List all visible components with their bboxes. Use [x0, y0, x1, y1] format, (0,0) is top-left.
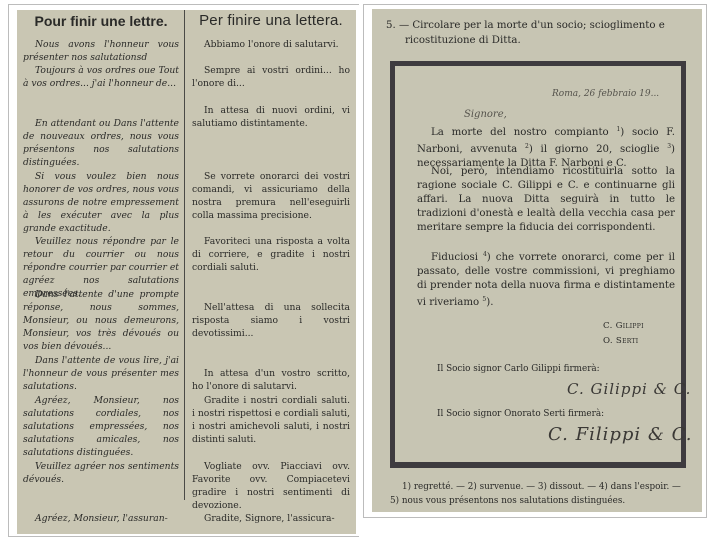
- french-paragraph: Dans l'attente de vous lire, j'ai l'honn…: [23, 354, 179, 393]
- italian-column: Per finire una lettera. Abbiamo l'onore …: [192, 10, 350, 32]
- french-paragraph: Nous avons l'honneur vous présenter nos …: [23, 38, 179, 64]
- italian-title: Per finire una lettera.: [192, 10, 350, 32]
- italian-paragraph: In attesa di nuovi ordini, vi salutiamo …: [192, 104, 350, 130]
- column-divider: [184, 10, 185, 500]
- signatory-name: O. Serti: [603, 336, 638, 346]
- signature-caption: Il Socio signor Onorato Serti firmerà:: [437, 409, 604, 419]
- mourning-border-bottom: [390, 462, 686, 468]
- mourning-border-top: [390, 61, 686, 66]
- footnote-line: 5) nous vous présentons nos salutations …: [390, 494, 688, 508]
- section-heading: 5. — Circolare per la morte d'un socio; …: [386, 18, 696, 48]
- french-paragraph: Agréez, Monsieur, l'assuran-: [23, 512, 179, 525]
- footnote-line: 1) regretté. — 2) survenue. — 3) dissout…: [402, 482, 681, 492]
- signature-gilippi: C. Gilippi & C.: [567, 380, 691, 398]
- right-book-page: 5. — Circolare per la morte d'un socio; …: [372, 9, 702, 512]
- letter-paragraph: Noi, però, intendiamo ricostituirla sott…: [417, 165, 675, 235]
- left-book-page: Pour finir une lettre. Nous avons l'honn…: [17, 10, 356, 534]
- italian-paragraph: Abbiamo l'onore di salutarvi.: [192, 38, 350, 51]
- italian-paragraph: In attesa d'un vostro scritto, ho l'onor…: [192, 367, 350, 393]
- italian-paragraph: Se vorrete onorarci dei vostri comandi, …: [192, 170, 350, 222]
- italian-paragraph: Gradite, Signore, l'assicura-: [192, 512, 350, 525]
- french-title: Pour finir une lettre.: [23, 10, 179, 32]
- french-paragraph: En attendant ou Dans l'attente de nouvea…: [23, 117, 179, 169]
- mourning-border-right: [681, 66, 686, 462]
- french-column: Pour finir une lettre. Nous avons l'honn…: [23, 10, 179, 32]
- heading-line: 5. — Circolare per la morte d'un socio; …: [386, 18, 696, 33]
- signature-caption: Il Socio signor Carlo Gilippi firmerà:: [437, 364, 600, 374]
- italian-paragraph: Gradite i nostri cordiali saluti. i nost…: [192, 394, 350, 446]
- italian-paragraph: Nell'attesa di una sollecita risposta si…: [192, 301, 350, 340]
- french-paragraph: Agréez, Monsieur, nos salutations cordia…: [23, 394, 179, 459]
- letter-paragraph: Fiduciosi 4) che vorrete onorarci, come …: [417, 248, 675, 310]
- italian-paragraph: Sempre ai vostri ordini... ho l'onore di…: [192, 64, 350, 90]
- footnotes: 1) regretté. — 2) survenue. — 3) dissout…: [390, 480, 688, 508]
- heading-line: ricostituzione di Ditta.: [386, 33, 696, 48]
- french-paragraph: Si vous voulez bien nous honorer de vos …: [23, 170, 179, 235]
- french-paragraph: Toujours à vos ordres oue Tout à vos ord…: [23, 64, 179, 90]
- mourning-border-left: [390, 66, 395, 462]
- signature-filippi: C. Filippi & C.: [548, 424, 692, 445]
- signatory-name: C. Gilippi: [603, 321, 644, 331]
- french-paragraph: Veuillez agréer nos sentiments dévoués.: [23, 460, 179, 486]
- letter-date: Roma, 26 febbraio 19...: [552, 89, 659, 99]
- letter-salutation: Signore,: [464, 109, 507, 120]
- italian-paragraph: Vogliate ovv. Piacciavi ovv. Favorite ov…: [192, 460, 350, 512]
- italian-paragraph: Favoriteci una risposta a volta di corri…: [192, 235, 350, 274]
- letter-paragraph: La morte del nostro compianto 1) socio F…: [417, 123, 675, 171]
- french-paragraph: Dans l'attente d'une prompte réponse, no…: [23, 288, 179, 353]
